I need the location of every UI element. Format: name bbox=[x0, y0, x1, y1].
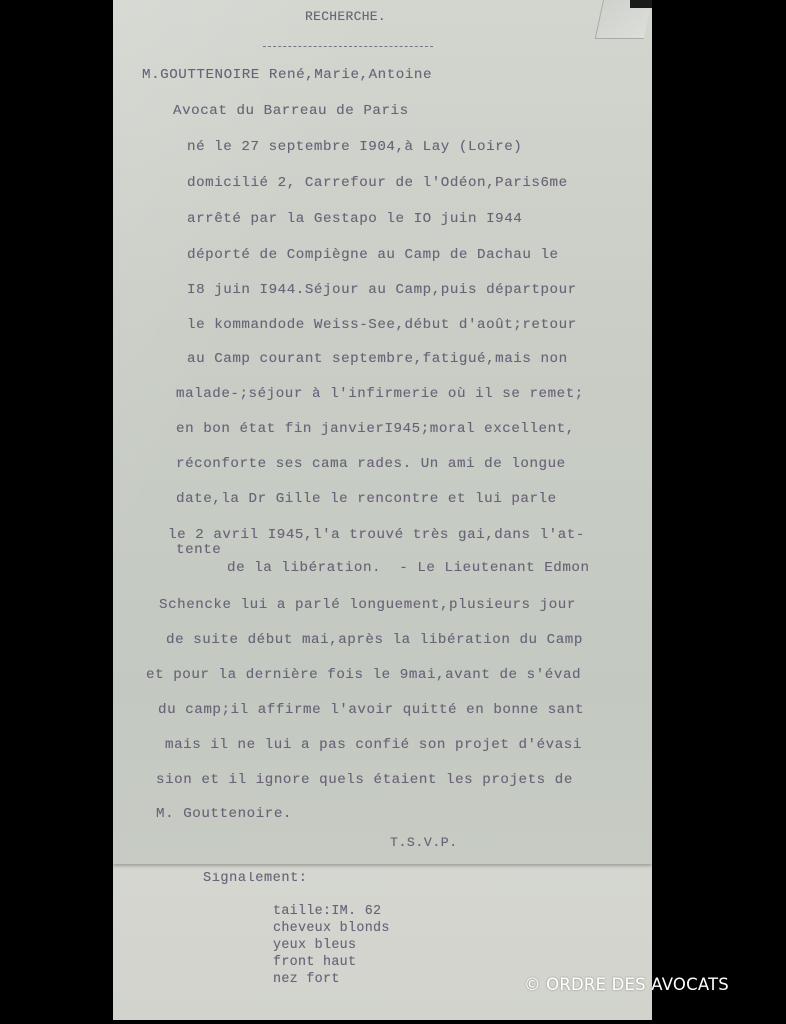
text-line: de suite début mai,après la libération d… bbox=[166, 633, 583, 647]
signalement-item: cheveux blonds bbox=[273, 920, 390, 937]
signalement-list: taille:IM. 62 cheveux blonds yeux bleus … bbox=[273, 903, 390, 988]
signalement-item: taille:IM. 62 bbox=[273, 903, 390, 920]
text-line: au Camp courant septembre,fatigué,mais n… bbox=[187, 352, 568, 366]
copyright-watermark: © ORDRE DES AVOCATS bbox=[524, 975, 729, 994]
text-line: déporté de Compiègne au Camp de Dachau l… bbox=[187, 248, 559, 262]
text-line: le 2 avril I945,l'a trouvé très gai,dans… bbox=[168, 528, 585, 542]
text-line: I8 juin I944.Séjour au Camp,puis départp… bbox=[187, 283, 577, 297]
text-line: et pour la dernière fois le 9mai,avant d… bbox=[146, 668, 581, 682]
tsvp-note: T.S.V.P. bbox=[390, 836, 458, 849]
text-line: domicilié 2, Carrefour de l'Odéon,Paris6… bbox=[187, 176, 568, 190]
signalement-item: yeux bleus bbox=[273, 937, 390, 954]
text-line: M. Gouttenoire. bbox=[156, 807, 292, 821]
text-line: sion et il ignore quels étaient les proj… bbox=[156, 773, 573, 787]
text-line: date,la Dr Gille le rencontre et lui par… bbox=[176, 492, 557, 506]
document-title: RECHERCHE. bbox=[305, 10, 386, 23]
text-line: malade-;séjour à l'infirmerie où il se r… bbox=[176, 387, 584, 401]
text-line: tente bbox=[176, 543, 221, 557]
text-line: en bon état fin janvierI945;moral excell… bbox=[176, 422, 575, 436]
text-line: arrêté par la Gestapo le IO juin I944 bbox=[187, 212, 522, 226]
text-line: mais il ne lui a pas confié son projet d… bbox=[165, 738, 582, 752]
text-line: M.GOUTTENOIRE René,Marie,Antoine bbox=[142, 68, 432, 82]
text-line: du camp;il affirme l'avoir quitté en bon… bbox=[158, 703, 584, 717]
signalement-item: front haut bbox=[273, 954, 390, 971]
title-underline bbox=[263, 46, 433, 47]
text-line: Avocat du Barreau de Paris bbox=[173, 104, 409, 118]
text-line: le kommandode Weiss-See,début d'août;ret… bbox=[187, 318, 577, 332]
signalement-heading: Signalement: bbox=[203, 872, 308, 886]
text-line: de la libération. - Le Lieutenant Edmon bbox=[227, 561, 590, 575]
text-line: né le 27 septembre I904,à Lay (Loire) bbox=[187, 140, 522, 154]
text-line: réconforte ses cama rades. Un ami de lon… bbox=[176, 457, 566, 471]
text-line: Schencke lui a parlé longuement,plusieur… bbox=[159, 598, 576, 612]
document-page: RECHERCHE. M.GOUTTENOIRE René,Marie,Anto… bbox=[113, 0, 652, 1024]
signalement-item: nez fort bbox=[273, 971, 390, 988]
